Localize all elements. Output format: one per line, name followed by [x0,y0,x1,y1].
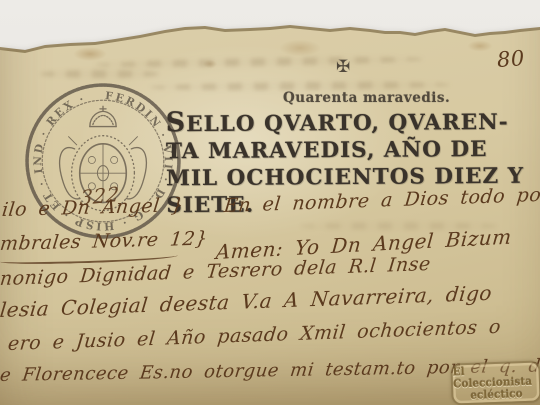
right-flourish [126,148,146,199]
left-flourish [60,148,80,199]
printed-title-line: TA MARAVEDIS, AÑO DE [166,136,524,165]
crown-icon [90,106,116,126]
photo-stage: FERDIN · VII · D · G · HISP · ET · IND ·… [0,0,540,405]
watermark-line2: ecléctico [470,388,523,402]
duty-value-line: Quarenta maravedis. [283,90,450,106]
maltese-cross-icon: ✠ [336,57,350,77]
watermark-line1: El Coleccionista [452,364,539,391]
ink-bleedthrough-smudge [40,70,160,78]
printed-title-line: SELLO QVARTO, QVAREN- [166,107,524,138]
handwritten-folio-number: 80 [496,46,525,72]
watermark-badge: El Coleccionista ecléctico [450,360,540,405]
